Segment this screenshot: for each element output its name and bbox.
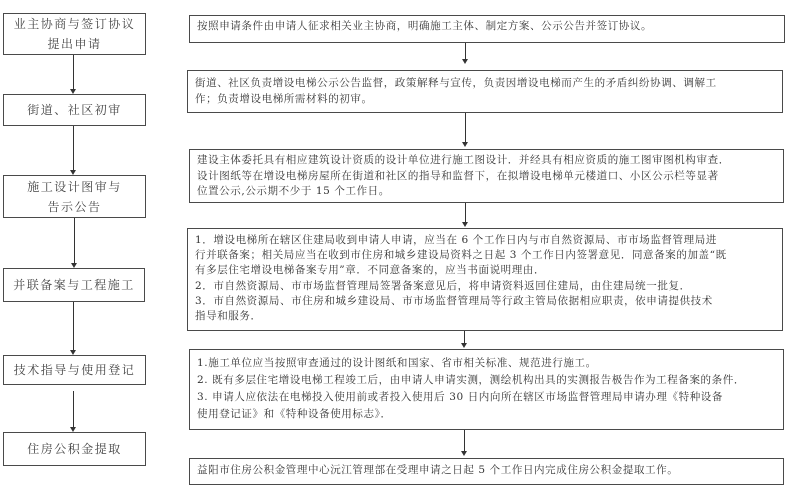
detail-text: 3．市自然资源局、市住房和城乡建设局、市市场监督管理局等行政主管局依据相应职责，…	[195, 294, 775, 309]
detail-text: 3. 申请人应依法在电梯投入使用前或者投入使用后 30 日内向所在辖区市场监督管…	[197, 389, 776, 406]
detail-text: 指导和服务．	[195, 309, 775, 324]
detail-text: 建设主体委托具有相应建筑设计资质的设计单位进行施工图设计．并经具有相应资质的施工…	[197, 153, 776, 169]
arrow-down-icon	[70, 89, 76, 94]
stage-6-housing-fund: 住房公积金提取	[3, 432, 146, 466]
detail-text: 2．市自然资源局、市市场监督管理局签署备案意见后，将申请资料返回住建局，由住建局…	[195, 279, 775, 294]
right-connector	[464, 430, 465, 451]
detail-text: 有多层住宅增设电梯备案专用”章．不同意备案的，应当书面说明理由．	[195, 263, 775, 278]
detail-text: 使用登记证》和《特种设备使用标志》．	[197, 406, 776, 423]
stage-label: 技术指导与使用登记	[14, 360, 136, 380]
stage-label: 施工设计图审与	[27, 177, 122, 197]
detail-4-filing-construction: 1．增设电梯所在辖区住建局收到申请人申请，应当在 6 个工作日内与市自然资源局、…	[187, 228, 783, 331]
detail-6-housing-fund: 益阳市住房公积金管理中心沅江管理部在受理申请之日起 5 个工作日内完成住房公积金…	[189, 458, 784, 485]
stage-label: 住房公积金提取	[27, 439, 122, 459]
stage-2-initial-review: 街道、社区初审	[3, 94, 146, 126]
detail-text: 行并联备案；相关局应当在收到市住房和城乡建设局资料之日起 3 个工作日内签署意见…	[195, 248, 775, 263]
stage-5-guidance-registration: 技术指导与使用登记	[3, 355, 146, 385]
stage-label: 业主协商与签订协议	[14, 14, 136, 34]
detail-text: 位置公示,公示期不少于 15 个工作日。	[197, 184, 776, 200]
right-connector	[464, 331, 465, 343]
left-connector	[73, 391, 74, 427]
stage-3-design-review: 施工设计图审与 告示公告	[3, 175, 146, 218]
detail-2-initial-review: 街道、社区负责增设电梯公示公告监督，政策解释与宣传，负责因增设电梯而产生的矛盾纠…	[187, 70, 783, 113]
left-connector	[73, 302, 74, 350]
arrow-down-icon	[462, 222, 468, 227]
stage-label: 并联备案与工程施工	[13, 275, 135, 295]
detail-text: 2. 既有多层住宅增设电梯工程竣工后，由申请人申请实测，测绘机构出具的实测报告极…	[197, 372, 776, 389]
arrow-down-icon	[461, 343, 467, 348]
detail-text: 1.施工单位应当按照审查通过的设计图纸和国家、省市相关标准、规范进行施工。	[197, 355, 776, 372]
detail-text: 按照申请条件由申请人征求相关业主协商，明确施工主体、制定方案、公示公告并签订协议…	[197, 19, 777, 35]
stage-4-filing-construction: 并联备案与工程施工	[3, 268, 145, 302]
detail-text: 1．增设电梯所在辖区住建局收到申请人申请，应当在 6 个工作日内与市自然资源局、…	[195, 233, 775, 248]
stage-label: 告示公告	[27, 197, 122, 217]
stage-label: 提出申请	[14, 34, 136, 54]
arrow-down-icon	[70, 427, 76, 432]
arrow-down-icon	[71, 263, 77, 268]
arrow-down-icon	[70, 350, 76, 355]
arrow-down-icon	[462, 59, 468, 64]
arrow-down-icon	[70, 170, 76, 175]
detail-text: 街道、社区负责增设电梯公示公告监督，政策解释与宣传，负责因增设电梯而产生的矛盾纠…	[195, 76, 775, 92]
right-connector	[465, 113, 466, 142]
stage-label: 街道、社区初审	[27, 100, 122, 120]
detail-text: 益阳市住房公积金管理中心沅江管理部在受理申请之日起 5 个工作日内完成住房公积金…	[197, 463, 776, 479]
left-connector	[73, 126, 74, 170]
detail-text: 设计图纸等在增设电梯房屋所在街道和社区的指导和监督下，在拟增设电梯单元楼道口、小…	[197, 169, 776, 185]
left-connector	[73, 55, 74, 89]
left-connector	[74, 218, 75, 263]
detail-5-guidance-registration: 1.施工单位应当按照审查通过的设计图纸和国家、省市相关标准、规范进行施工。 2.…	[189, 349, 784, 430]
right-connector	[465, 203, 466, 222]
detail-3-design-review: 建设主体委托具有相应建筑设计资质的设计单位进行施工图设计．并经具有相应资质的施工…	[189, 149, 784, 203]
detail-text: 作；负责增设电梯所需材料的初审。	[195, 92, 775, 108]
stage-1-apply: 业主协商与签订协议 提出申请	[3, 13, 146, 55]
arrow-down-icon	[461, 451, 467, 456]
detail-1-apply: 按照申请条件由申请人征求相关业主协商，明确施工主体、制定方案、公示公告并签订协议…	[189, 15, 785, 43]
arrow-down-icon	[462, 142, 468, 147]
